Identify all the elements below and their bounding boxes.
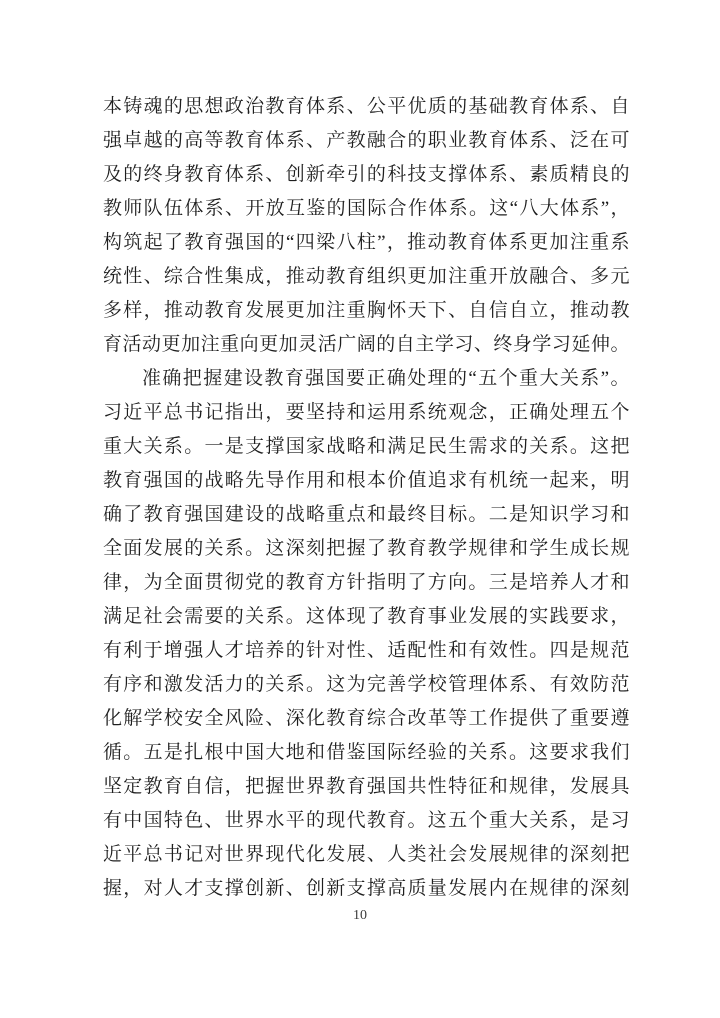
text-line: 本铸魂的思想政治教育体系、公平优质的基础教育体系、自 [103, 90, 630, 124]
text-line: 有中国特色、世界水平的现代教育。这五个重大关系，是习 [103, 804, 630, 838]
page-number: 10 [0, 906, 720, 926]
text-line: 近平总书记对世界现代化发展、人类社会发展规律的深刻把 [103, 838, 630, 872]
text-line: 构筑起了教育强国的“四梁八柱”，推动教育体系更加注重系 [103, 226, 630, 260]
text-line: 有序和激发活力的关系。这为完善学校管理体系、有效防范 [103, 668, 630, 702]
text-line: 重大关系。一是支撑国家战略和满足民生需求的关系。这把 [103, 430, 630, 464]
text-line: 有利于增强人才培养的针对性、适配性和有效性。四是规范 [103, 634, 630, 668]
text-line: 及的终身教育体系、创新牵引的科技支撑体系、素质精良的 [103, 158, 630, 192]
text-line: 育活动更加注重向更加灵活广阔的自主学习、终身学习延伸。 [103, 328, 630, 362]
text-line: 确了教育强国建设的战略重点和最终目标。二是知识学习和 [103, 498, 630, 532]
text-line: 化解学校安全风险、深化教育综合改革等工作提供了重要遵 [103, 702, 630, 736]
text-line: 习近平总书记指出，要坚持和运用系统观念，正确处理五个 [103, 396, 630, 430]
paragraph-five-relations: 准确把握建设教育强国要正确处理的“五个重大关系”。 习近平总书记指出，要坚持和运… [103, 362, 630, 906]
text-line: 坚定教育自信，把握世界教育强国共性特征和规律，发展具 [103, 770, 630, 804]
body-text: 本铸魂的思想政治教育体系、公平优质的基础教育体系、自 强卓越的高等教育体系、产教… [103, 90, 630, 906]
text-line: 强卓越的高等教育体系、产教融合的职业教育体系、泛在可 [103, 124, 630, 158]
text-line: 循。五是扎根中国大地和借鉴国际经验的关系。这要求我们 [103, 736, 630, 770]
text-line: 律，为全面贯彻党的教育方针指明了方向。三是培养人才和 [103, 566, 630, 600]
text-line: 教师队伍体系、开放互鉴的国际合作体系。这“八大体系”， [103, 192, 630, 226]
document-page: 本铸魂的思想政治教育体系、公平优质的基础教育体系、自 强卓越的高等教育体系、产教… [0, 0, 720, 1018]
paragraph-continuation: 本铸魂的思想政治教育体系、公平优质的基础教育体系、自 强卓越的高等教育体系、产教… [103, 90, 630, 362]
text-line: 教育强国的战略先导作用和根本价值追求有机统一起来，明 [103, 464, 630, 498]
text-line: 满足社会需要的关系。这体现了教育事业发展的实践要求， [103, 600, 630, 634]
text-line: 握，对人才支撑创新、创新支撑高质量发展内在规律的深刻 [103, 872, 630, 906]
text-line: 多样，推动教育发展更加注重胸怀天下、自信自立，推动教 [103, 294, 630, 328]
text-line: 统性、综合性集成，推动教育组织更加注重开放融合、多元 [103, 260, 630, 294]
text-line: 准确把握建设教育强国要正确处理的“五个重大关系”。 [103, 362, 630, 396]
text-line: 全面发展的关系。这深刻把握了教育教学规律和学生成长规 [103, 532, 630, 566]
